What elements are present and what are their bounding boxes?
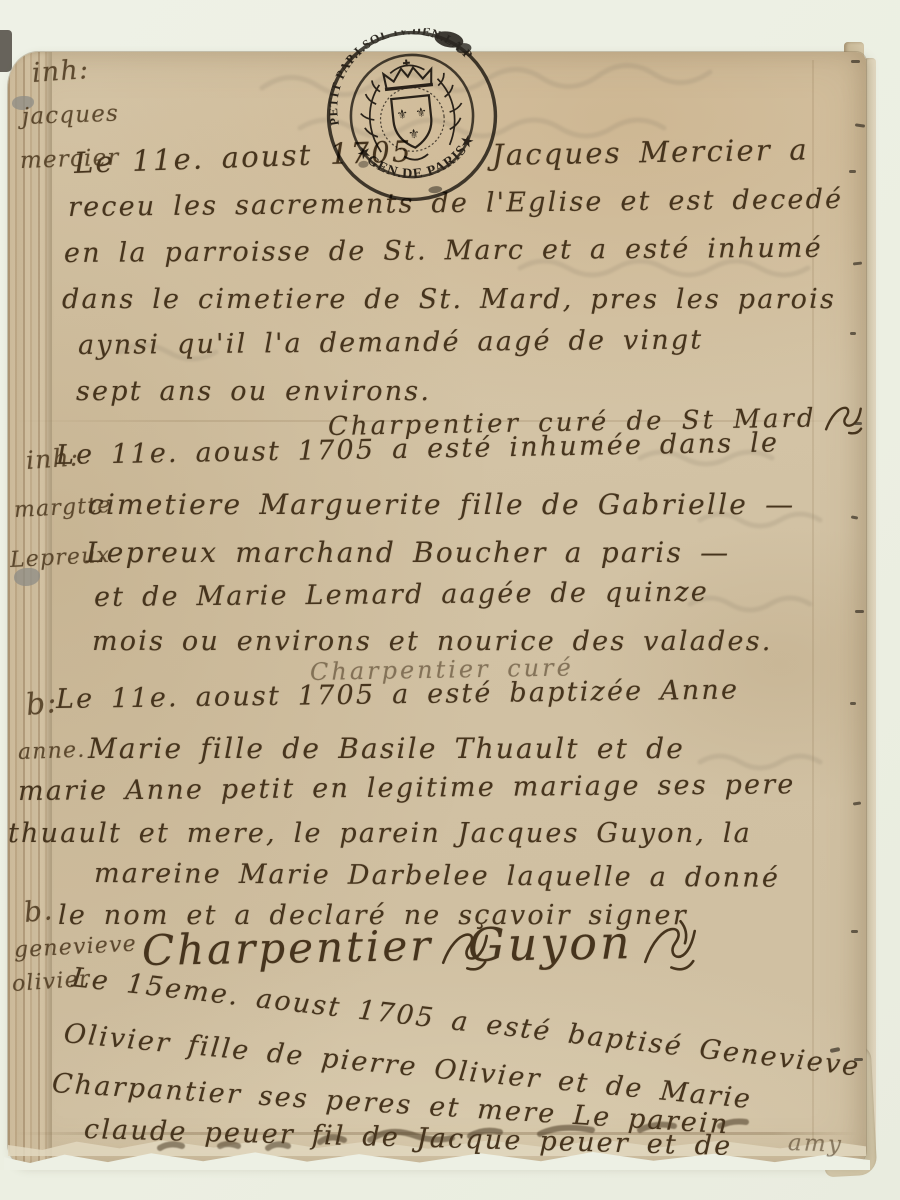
signature: Guyon bbox=[467, 914, 701, 979]
revenue-stamp: PETIT PAP.I.SOL IV.DEN.LA P ★GEN.DE PARI… bbox=[317, 21, 506, 210]
margin-note: b. bbox=[22, 893, 55, 929]
manuscript-line: Jacques Mercier a bbox=[492, 132, 809, 172]
manuscript-line: cimetiere Marguerite fille de Gabrielle … bbox=[88, 488, 795, 521]
binding-edge bbox=[8, 52, 52, 1164]
margin-note: anne. bbox=[18, 738, 86, 765]
partial-cut-word: amy bbox=[788, 1130, 844, 1158]
shield-icon: ⚜ ⚜ ⚜ bbox=[377, 84, 447, 154]
signature-paraph-icon bbox=[820, 399, 865, 440]
scanned-register-page: PETIT PAP.I.SOL IV.DEN.LA P ★GEN.DE PARI… bbox=[0, 0, 900, 1200]
manuscript-line: mois ou environs et nourice des valades. bbox=[92, 626, 773, 657]
manuscript-line: sept ans ou environs. bbox=[76, 376, 431, 407]
signature-text: Charpentier bbox=[142, 921, 434, 975]
manuscript-line: aynsi qu'il l'a demandé aagé de vingt bbox=[78, 325, 704, 361]
fleur-de-lis-icon: ⚜ bbox=[415, 105, 428, 121]
crown-icon bbox=[382, 57, 433, 89]
manuscript-line: et de Marie Lemard aagée de quinze bbox=[94, 577, 709, 613]
manuscript-line: Lepreux marchand Boucher a paris — bbox=[86, 536, 730, 569]
manuscript-line: thuault et mere, le parein Jacques Guyon… bbox=[8, 818, 752, 849]
signature-paraph-icon bbox=[636, 915, 701, 976]
fleur-de-lis-icon: ⚜ bbox=[407, 127, 420, 143]
manuscript-line: en la parroisse de St. Marc et a esté in… bbox=[64, 233, 823, 269]
manuscript-line: Marie fille de Basile Thuault et de bbox=[88, 732, 685, 765]
signature-text: Guyon bbox=[467, 915, 633, 972]
fleur-de-lis-icon: ⚜ bbox=[396, 107, 409, 123]
margin-note: jacques bbox=[22, 101, 120, 130]
margin-note: inh: bbox=[31, 54, 90, 89]
signature: Charpentier bbox=[142, 920, 492, 980]
manuscript-line: mareine Marie Darbelee laquelle a donné bbox=[94, 858, 780, 894]
manuscript-line: dans le cimetiere de St. Mard, pres les … bbox=[62, 284, 836, 315]
margin-note: b: bbox=[24, 685, 59, 723]
spine-mark bbox=[0, 30, 12, 72]
